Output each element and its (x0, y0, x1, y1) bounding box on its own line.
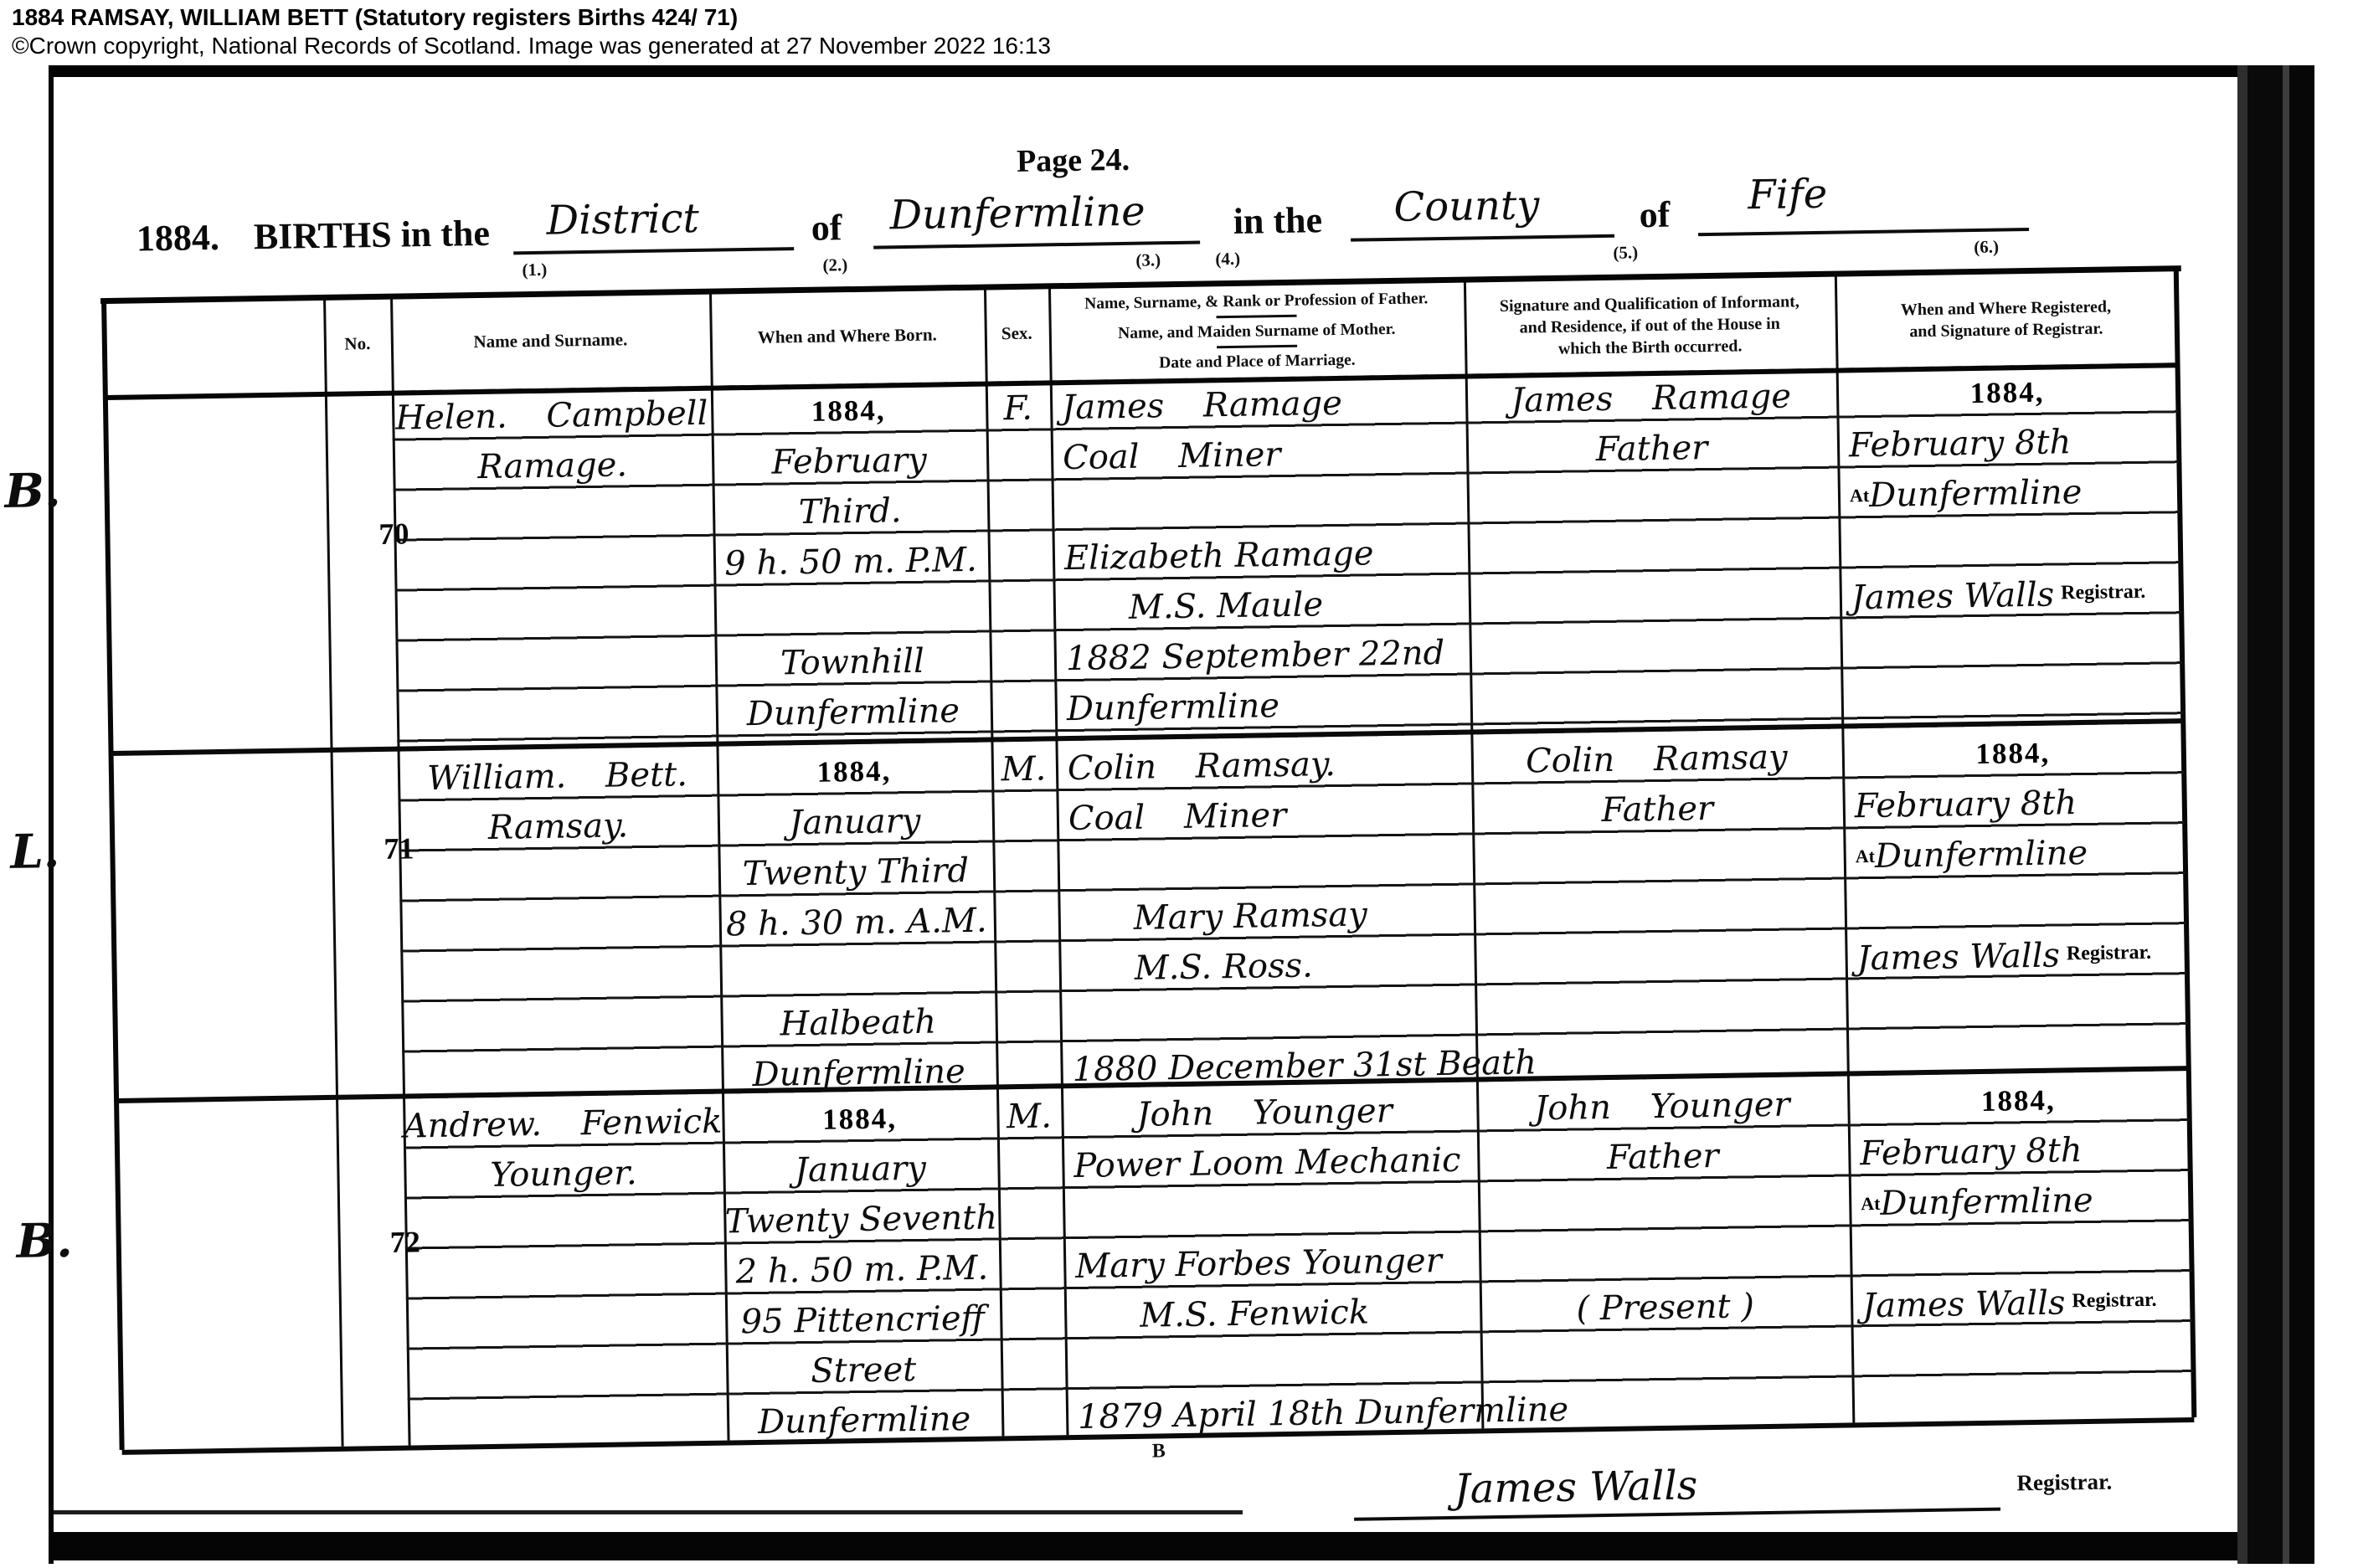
viewer-header: 1884 RAMSAY, WILLIAM BETT (Statutory reg… (12, 3, 1051, 60)
child-forenames: Andrew. Fenwick (403, 1101, 723, 1148)
header-informant-line: which the Birth occurred. (1558, 337, 1743, 357)
birth-year: 1884, (717, 749, 992, 795)
at-label: At (1861, 1193, 1881, 1214)
registration-place: AtDunfermline (1838, 470, 2180, 517)
informant-present-note: ( Present ) (1480, 1283, 1851, 1331)
registration-year: 1884, (1836, 369, 2179, 416)
header-father: Name, Surname, & Rank or Profession of F… (1084, 290, 1428, 312)
table-row: B. 72 Andrew. Fenwick Younger. 1884, Jan… (116, 1071, 2194, 1455)
child-surname: Ramage. (393, 443, 713, 490)
mother-maiden-surname: M.S. Ross. (1058, 942, 1475, 990)
birth-time: 2 h. 50 m. P.M. (724, 1247, 1000, 1293)
registration-place-name: Dunfermline (1875, 834, 2088, 876)
marriage-date-place: 1879 April 18th Dunfermline (1066, 1390, 1482, 1438)
header-marriage: Date and Place of Marriage. (1159, 352, 1356, 373)
margin-letter: B. (4, 463, 61, 519)
margin-letter: B. (16, 1213, 73, 1269)
informant-signature: Colin Ramsay (1471, 736, 1843, 784)
cell-sex: F. (986, 380, 1056, 737)
sex-value: M. (991, 748, 1057, 790)
mother-maiden-surname: M.S. Maule (1053, 582, 1470, 630)
registrar-signature-line: James WallsRegistrar. (1845, 931, 2187, 978)
registrar-signature: James Walls (1862, 1283, 2066, 1325)
cell-informant: James Ramage Father (1465, 368, 1842, 730)
cell-parents: John Younger Power Loom Mechanic Mary Fo… (1061, 1082, 1481, 1435)
birth-address: Street (726, 1347, 1001, 1393)
registrar-signature-line: James WallsRegistrar. (1851, 1278, 2193, 1325)
header-name-surname: Name and Surname. (391, 328, 710, 354)
header-separator (1217, 315, 1297, 319)
informant-qualification: Father (1477, 1133, 1849, 1180)
header-registered: When and Where Registered, and Signature… (1835, 295, 2177, 343)
mother-name: Mary Forbes Younger (1063, 1239, 1480, 1288)
cell-name: Andrew. Fenwick Younger. (403, 1094, 727, 1446)
cell-sex: M. (996, 1088, 1066, 1436)
informant-signature: John Younger (1476, 1082, 1848, 1130)
birth-day: Third. (713, 489, 988, 535)
cell-registered: 1884, February 8th AtDunfermline James W… (1847, 1071, 2194, 1422)
birth-month: February (712, 439, 987, 485)
child-surname: Ramsay. (399, 804, 718, 851)
scan-right-edge (2216, 65, 2314, 1564)
scan-bottom-edge (49, 1532, 2314, 1560)
table-row: B. 70 Helen. Campbell Ramage. 1884, Febr… (106, 362, 2183, 756)
sex-value: F. (986, 387, 1051, 429)
birth-address: 95 Pittencrieff (725, 1297, 1001, 1343)
header-separator (1217, 345, 1297, 349)
column-marker-3: (3.) (1135, 249, 1161, 270)
heading-rule (513, 247, 794, 254)
registration-year: 1884, (1841, 730, 2184, 777)
registration-year: 1884, (1847, 1077, 2190, 1124)
registration-date: February 8th (1842, 780, 2185, 827)
header-registered-line: When and Where Registered, (1901, 297, 2111, 319)
cell-sex: M. (991, 741, 1060, 1084)
column-marker-2: (2.) (822, 254, 847, 275)
birth-place: Dunfermline (727, 1397, 1002, 1443)
column-marker-4: (4.) (1215, 249, 1240, 270)
header-informant: Signature and Qualification of Informant… (1464, 290, 1835, 362)
header-informant-line: and Residence, if out of the House in (1520, 315, 1780, 337)
at-label: At (1850, 485, 1870, 506)
registrar-signature-line: James WallsRegistrar. (1839, 570, 2181, 617)
column-marker-5: (5.) (1613, 242, 1638, 263)
registration-place: AtDunfermline (1843, 830, 2186, 877)
registrar-signature: James Walls (1851, 576, 2055, 618)
father-name: John Younger (1061, 1088, 1477, 1137)
child-forenames: Helen. Campbell (392, 393, 712, 440)
birth-day: Twenty Third (718, 849, 994, 895)
heading-rule (1698, 228, 2029, 236)
record-title: 1884 RAMSAY, WILLIAM BETT (Statutory reg… (12, 3, 1051, 32)
header-when-where-born: When and Where Born. (710, 324, 985, 349)
heading-rule (873, 241, 1200, 249)
birth-place: Townhill (715, 640, 991, 686)
header-no: No. (324, 333, 391, 355)
heading-year: 1884. (136, 216, 219, 260)
child-forenames: William. Bett. (398, 753, 718, 800)
column-marker-6: (6.) (1974, 237, 1999, 258)
informant-qualification: Father (1471, 786, 1843, 834)
birth-place: Dunfermline (716, 690, 991, 736)
cell-parents: James Ramage Coal Miner Elizabeth Ramage… (1050, 374, 1471, 737)
informant-signature: James Ramage (1465, 375, 1837, 423)
cell-registered: 1884, February 8th AtDunfermline James W… (1836, 362, 2184, 723)
marriage-place: Dunfermline (1054, 682, 1470, 731)
heading-in-the: in the (1233, 198, 1322, 243)
mother-name: Elizabeth Ramage (1053, 532, 1469, 580)
heading-county-word: County (1393, 182, 1540, 231)
registrar-label: Registrar. (2065, 1289, 2156, 1313)
registration-place: AtDunfermline (1849, 1178, 2191, 1225)
father-name: James Ramage (1050, 381, 1466, 429)
header-registered-line: and Signature of Registrar. (1909, 320, 2103, 342)
margin-letter: L. (10, 824, 60, 880)
cell-informant: John Younger Father ( Present ) (1476, 1076, 1852, 1428)
birth-month: January (723, 1146, 998, 1192)
scanned-register-image: Page 24. 1884. BIRTHS in the District of… (49, 65, 2314, 1564)
registrar-page-signature: James Walls (1454, 1462, 1698, 1513)
informant-qualification: Father (1466, 425, 1838, 473)
table-row: L. 71 William. Bett. Ramsay. 1884, Janua… (111, 723, 2189, 1103)
cell-born: 1884, February Third. 9 h. 50 m. P.M. To… (711, 382, 991, 742)
birth-day: Twenty Seventh (723, 1196, 999, 1242)
cell-informant: Colin Ramsay Father (1470, 729, 1846, 1077)
header-sex: Sex. (985, 322, 1049, 344)
cell-name: Helen. Campbell Ramage. (392, 386, 717, 747)
father-occupation: Coal Miner (1051, 431, 1467, 480)
birth-time: 9 h. 50 m. P.M. (713, 539, 989, 585)
page-signature-mark: B (1152, 1440, 1166, 1463)
father-occupation: Power Loom Mechanic (1062, 1139, 1478, 1187)
header-parents: Name, Surname, & Rank or Profession of F… (1048, 288, 1465, 376)
scan-artifact-line (54, 1510, 1243, 1514)
registration-place-name: Dunfermline (1880, 1181, 2093, 1223)
registrar-signature: James Walls (1856, 936, 2060, 978)
cell-born: 1884, January Twenty Seventh 2 h. 50 m. … (722, 1089, 1001, 1440)
mother-maiden-surname: M.S. Fenwick (1064, 1289, 1480, 1338)
heading-rule (1351, 234, 1614, 242)
birth-place: Halbeath (720, 1000, 996, 1046)
column-marker-1: (1.) (522, 260, 547, 280)
marriage-date: 1882 September 22nd (1054, 632, 1470, 681)
registration-date: February 8th (1848, 1128, 2191, 1175)
father-occupation: Coal Miner (1057, 791, 1473, 840)
heading-district-name: Dunfermline (889, 188, 1146, 239)
registrar-page-label: Registrar. (2016, 1469, 2112, 1497)
father-name: Colin Ramsay. (1056, 742, 1472, 790)
birth-time: 8 h. 30 m. A.M. (718, 899, 994, 945)
signature-rule (1354, 1508, 2000, 1521)
heading-district-word: District (546, 195, 699, 244)
sex-value: M. (996, 1095, 1062, 1138)
cell-name: William. Bett. Ramsay. (398, 747, 722, 1094)
cell-parents: Colin Ramsay. Coal Miner Mary Ramsay M.S… (1055, 735, 1475, 1084)
heading-county-name: Fife (1748, 171, 1828, 218)
birth-year: 1884, (722, 1096, 997, 1142)
copyright-notice: ©Crown copyright, National Records of Sc… (12, 32, 1051, 60)
mother-name: Mary Ramsay (1058, 892, 1474, 940)
heading-births-label: BIRTHS in the (253, 212, 490, 258)
page-number: Page 24. (947, 141, 1199, 182)
cell-born: 1884, January Twenty Third 8 h. 30 m. A.… (717, 743, 996, 1089)
at-label: At (1856, 846, 1876, 866)
header-mother: Name, and Maiden Surname of Mother. (1118, 321, 1396, 342)
registration-date: February 8th (1837, 419, 2180, 466)
heading-of-1: of (811, 206, 842, 249)
heading-of-2: of (1639, 193, 1670, 237)
registrar-label: Registrar. (2060, 942, 2151, 965)
birth-month: January (718, 799, 993, 845)
birth-year: 1884, (711, 388, 986, 434)
registrar-label: Registrar. (2054, 581, 2145, 604)
registration-place-name: Dunfermline (1869, 473, 2083, 515)
header-informant-line: Signature and Qualification of Informant… (1500, 292, 1799, 316)
child-surname: Younger. (404, 1151, 723, 1198)
cell-registered: 1884, February 8th AtDunfermline James W… (1841, 723, 2188, 1071)
